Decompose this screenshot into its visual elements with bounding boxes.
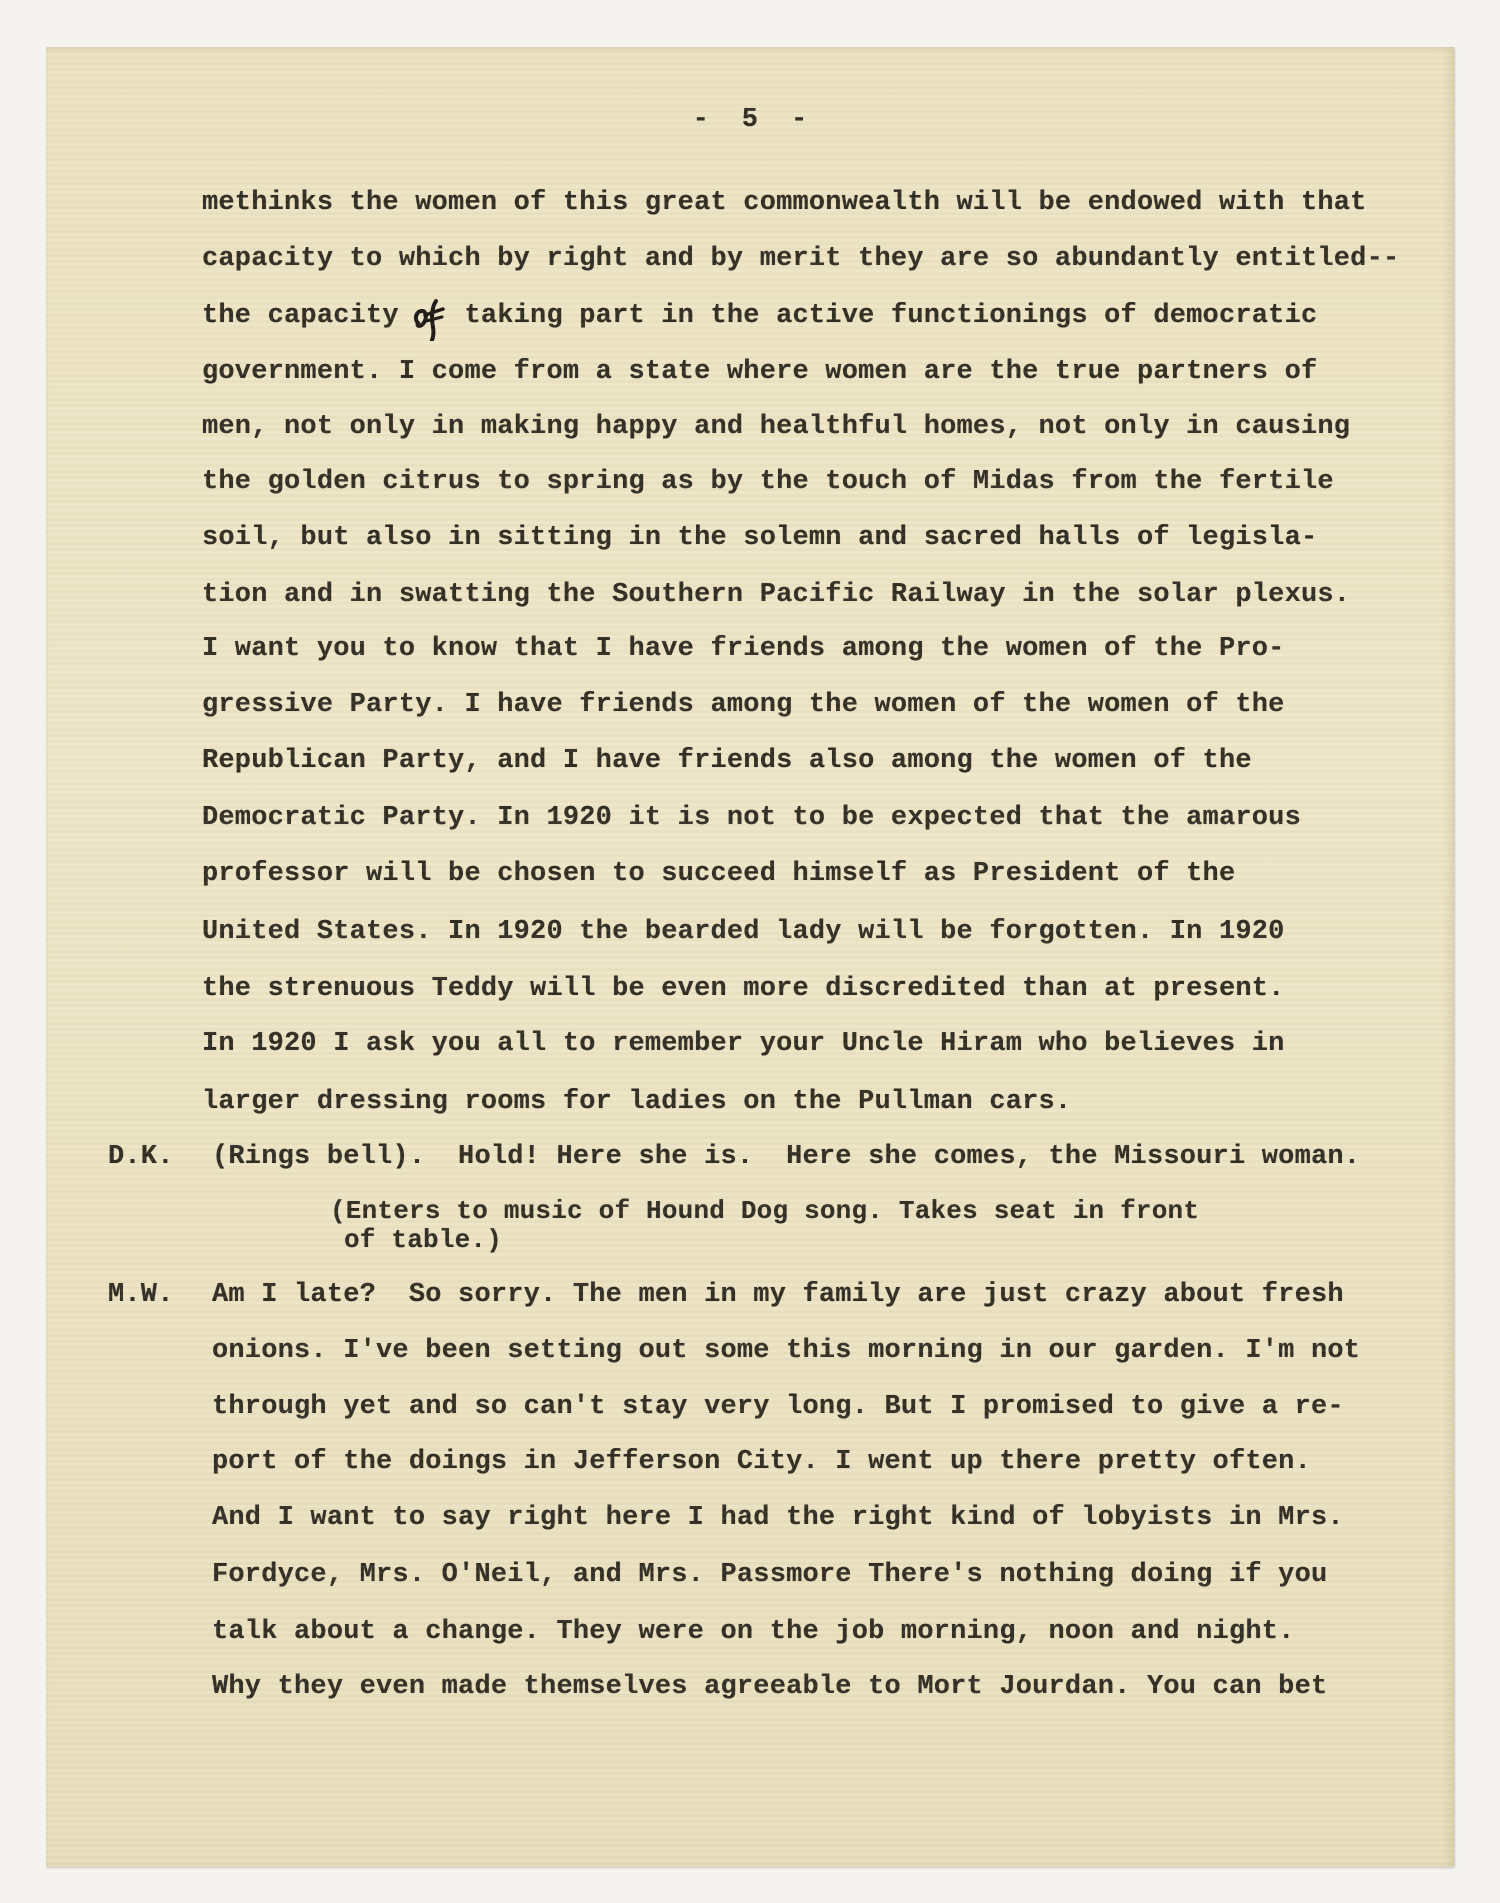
monologue-line: the golden citrus to spring as by the to… xyxy=(202,469,1334,496)
monologue-line: the strenuous Teddy will be even more di… xyxy=(202,976,1285,1003)
monologue-line: government. I come from a state where wo… xyxy=(202,359,1317,386)
monologue-line: Democratic Party. In 1920 it is not to b… xyxy=(202,805,1301,832)
stage-direction-line: of table.) xyxy=(344,1227,502,1253)
handwritten-correction-mark xyxy=(412,297,446,341)
page-number: - 5 - xyxy=(46,107,1454,134)
mw-dialog-line: Why they even made themselves agreeable … xyxy=(212,1674,1327,1701)
monologue-line: the capacity taking part in the active f… xyxy=(202,303,1317,330)
typewritten-page: - 5 - methinks the women of this great c… xyxy=(46,47,1454,1867)
monologue-line: larger dressing rooms for ladies on the … xyxy=(202,1089,1071,1116)
mw-dialog-line: through yet and so can't stay very long.… xyxy=(212,1394,1344,1421)
speaker-label-mw: M.W. xyxy=(108,1282,174,1309)
monologue-line: gressive Party. I have friends among the… xyxy=(202,692,1285,719)
monologue-line: tion and in swatting the Southern Pacifi… xyxy=(202,582,1350,609)
speaker-label-dk: D.K. xyxy=(108,1144,174,1171)
monologue-line: capacity to which by right and by merit … xyxy=(202,246,1399,273)
mw-dialog-line: port of the doings in Jefferson City. I … xyxy=(212,1449,1311,1476)
monologue-line: methinks the women of this great commonw… xyxy=(202,190,1367,217)
monologue-line: In 1920 I ask you all to remember your U… xyxy=(202,1031,1285,1058)
mw-dialog-line: Am I late? So sorry. The men in my famil… xyxy=(212,1282,1344,1309)
mw-dialog-line: And I want to say right here I had the r… xyxy=(212,1505,1344,1532)
monologue-line: United States. In 1920 the bearded lady … xyxy=(202,919,1285,946)
monologue-line: I want you to know that I have friends a… xyxy=(202,636,1285,663)
mw-dialog-line: onions. I've been setting out some this … xyxy=(212,1338,1360,1365)
monologue-line: men, not only in making happy and health… xyxy=(202,414,1350,441)
stage-direction-line: (Enters to music of Hound Dog song. Take… xyxy=(330,1198,1199,1224)
mw-dialog-line: talk about a change. They were on the jo… xyxy=(212,1619,1295,1646)
mw-dialog-line: Fordyce, Mrs. O'Neil, and Mrs. Passmore … xyxy=(212,1562,1327,1589)
monologue-line: soil, but also in sitting in the solemn … xyxy=(202,525,1317,552)
monologue-line: Republican Party, and I have friends als… xyxy=(202,748,1252,775)
monologue-line: professor will be chosen to succeed hims… xyxy=(202,861,1235,888)
dk-dialog-line: (Rings bell). Hold! Here she is. Here sh… xyxy=(212,1144,1360,1171)
